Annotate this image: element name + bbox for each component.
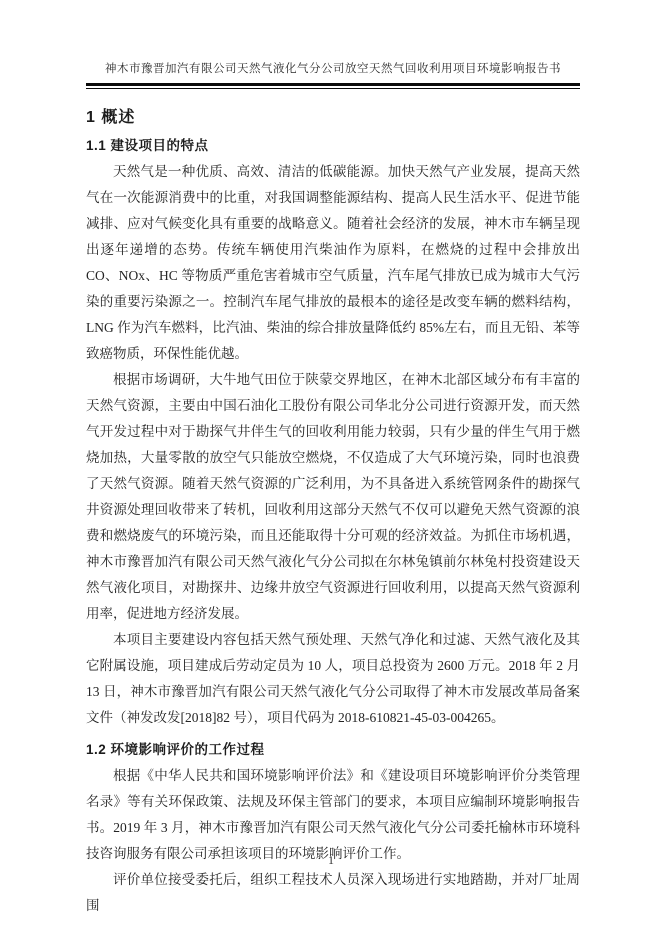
header-rule [86, 83, 580, 89]
paragraph-project-features-3: 本项目主要建设内容包括天然气预处理、天然气净化和过滤、天然气液化及其它附属设施，… [86, 627, 580, 731]
paragraph-project-features-1: 天然气是一种优质、高效、清洁的低碳能源。加快天然气产业发展，提高天然气在一次能源… [86, 159, 580, 367]
paragraph-eia-process-2: 评价单位接受委托后，组织工程技术人员深入现场进行实地踏勘，并对厂址周围 [86, 867, 580, 919]
running-header-title: 神木市豫晋加汽有限公司天然气液化气分公司放空天然气回收利用项目环境影响报告书 [86, 60, 580, 76]
document-page: 神木市豫晋加汽有限公司天然气液化气分公司放空天然气回收利用项目环境影响报告书 1… [0, 0, 662, 936]
chapter-heading: 1 概述 [86, 104, 580, 127]
page-number: 1 [0, 853, 662, 868]
section-heading-1-2: 1.2 环境影响评价的工作过程 [86, 738, 580, 758]
document-content: 1 概述 1.1 建设项目的特点 天然气是一种优质、高效、清洁的低碳能源。加快天… [86, 104, 580, 919]
running-header: 神木市豫晋加汽有限公司天然气液化气分公司放空天然气回收利用项目环境影响报告书 [86, 0, 580, 89]
section-heading-1-1: 1.1 建设项目的特点 [86, 134, 580, 154]
paragraph-eia-process-1: 根据《中华人民共和国环境影响评价法》和《建设项目环境影响评价分类管理名录》等有关… [86, 763, 580, 867]
paragraph-project-features-2: 根据市场调研，大牛地气田位于陕蒙交界地区，在神木北部区域分布有丰富的天然气资源，… [86, 367, 580, 627]
